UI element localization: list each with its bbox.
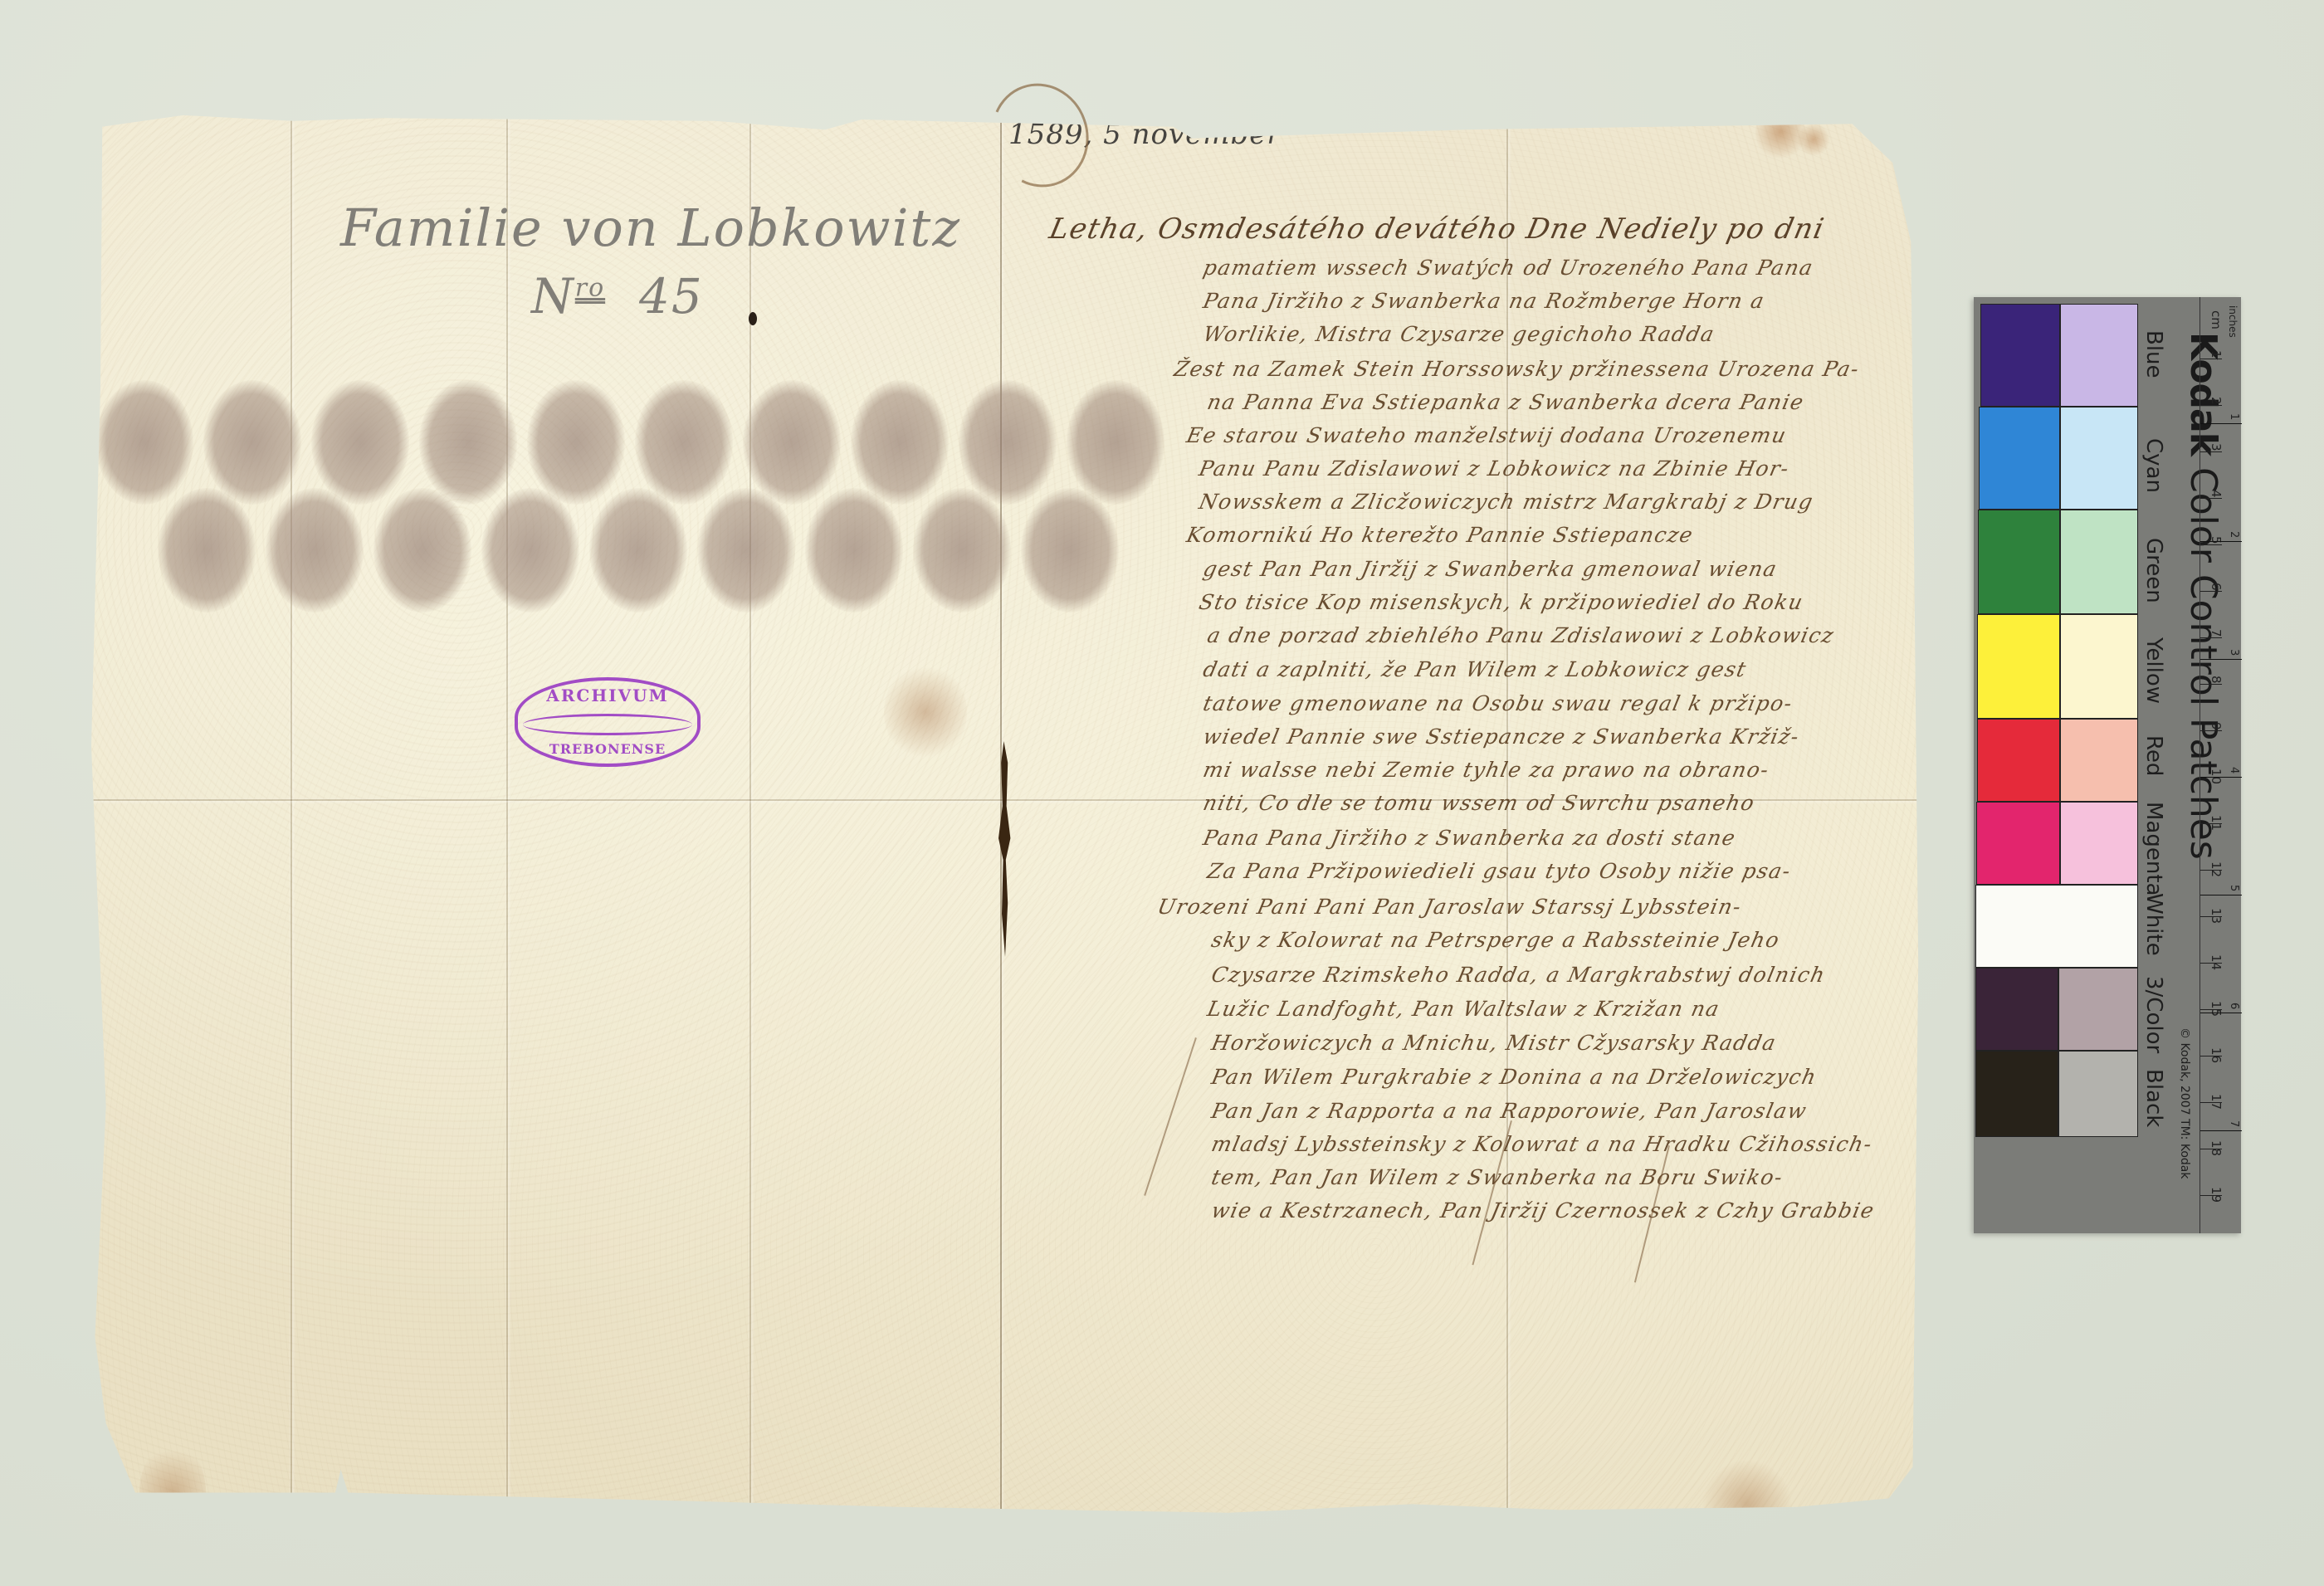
patch-label-blue: Blue [2141, 330, 2166, 378]
patch-label-3color: 3/Color [2141, 976, 2166, 1053]
manuscript-line: Pan Jan z Rapporta a na Rapporowie, Pan … [1209, 1099, 1809, 1123]
patch-3color-dark [1975, 968, 2058, 1051]
manuscript-line: na Panna Eva Sstiepanka z Swanberka dcer… [1205, 390, 1807, 414]
ruler-inch-tick [2200, 423, 2242, 424]
seal-offset-mark [158, 488, 256, 612]
ruler-cm-label: 4 [2209, 490, 2224, 498]
manuscript-line: Letha, Osmdesátého devátého Dne Nediely … [1047, 212, 1828, 246]
seal-offset-mark [697, 488, 795, 612]
ruler-cm-label: 1 [2209, 350, 2224, 359]
patch-label-magenta: Magenta [2141, 802, 2166, 895]
ruler-cm-label: 16 [2209, 1047, 2224, 1063]
fold-line [506, 98, 508, 1539]
manuscript-line: Urozeni Pani Pani Pan Jaroslaw Starssj L… [1155, 895, 1744, 919]
stamp-inner-band [523, 714, 692, 735]
seal-offset-mark [419, 380, 517, 505]
ruler-tick [2200, 684, 2222, 685]
ruler-inch-tick [2200, 777, 2242, 778]
ruler-tick [2200, 591, 2222, 592]
patch-label-white: White [2141, 893, 2166, 956]
kodak-copyright: © Kodak, 2007 TM: Kodak [2178, 1027, 2191, 1179]
ruler-inch-label: 7 [2228, 1120, 2240, 1127]
manuscript-line: Sto tisice Kop misenskych, k pržipowiedi… [1197, 590, 1806, 614]
patch-white [1975, 885, 2138, 968]
manuscript-line: Pana Jiržiho z Swanberka na Rožmberge Ho… [1201, 289, 1767, 313]
ruler-cm-label: 8 [2209, 676, 2224, 684]
manuscript-line: mi walsse nebi Zemie tyhle za prawo na o… [1201, 758, 1772, 782]
seal-offset-mark [851, 380, 949, 505]
manuscript-line: mladsj Lybssteinsky z Kolowrat a na Hrad… [1209, 1132, 1875, 1156]
ruler-cm-label: 17 [2209, 1094, 2224, 1110]
number-value: 45 [639, 268, 704, 325]
ruler-tick [2200, 359, 2222, 359]
manuscript-line: Lužic Landfoght, Pan Waltslaw z Krzižan … [1205, 997, 1722, 1021]
manuscript-line: Za Pana Pržipowiedieli gsau tyto Osoby n… [1205, 859, 1794, 883]
ruler-inch-label: 6 [2228, 1003, 2240, 1009]
stain [1797, 123, 1830, 156]
patch-label-red: Red [2141, 735, 2166, 776]
seal-offset-row-1 [95, 380, 1174, 505]
manuscript-line: wiedel Pannie swe Sstiepancze z Swanberk… [1201, 725, 1802, 749]
seal-offset-mark [95, 380, 193, 505]
ruler-cm-label: 6 [2209, 583, 2224, 591]
ruler-cm-label: 19 [2209, 1187, 2224, 1203]
ruler-cm-label: 7 [2209, 629, 2224, 637]
manuscript-line: Nowsskem a Zlicžowiczych mistrz Margkrab… [1197, 490, 1816, 514]
manuscript-line: gest Pan Pan Jiržij z Swanberka gmenowal… [1201, 557, 1780, 581]
seal-offset-mark [635, 380, 733, 505]
stain [884, 662, 967, 762]
ruler-tick [2200, 544, 2222, 545]
measurement-ruler: cm inches 1 2 3 4 5 6 7 8 9 10 11 12 13 … [2199, 297, 2242, 1233]
seal-offset-mark [481, 488, 579, 612]
patch-red-light [2060, 719, 2138, 802]
patch-yellow-dark [1977, 614, 2060, 719]
patch-cyan-light [2060, 407, 2138, 510]
ruler-inch-tick [2200, 659, 2242, 660]
ruler-tick [2200, 451, 2222, 452]
ruler-tick [2200, 730, 2222, 731]
seal-offset-mark [373, 488, 471, 612]
stamp-bottom-text: TREBONENSE [518, 741, 697, 757]
ruler-inch-tick [2200, 895, 2242, 895]
number-prefix: N [531, 268, 575, 325]
ruler-cm-label: 13 [2209, 908, 2224, 924]
archive-stamp: ARCHIVUM TREBONENSE [515, 677, 701, 767]
ruler-unit-inches: inches [2227, 305, 2239, 338]
patch-magenta-light [2060, 802, 2138, 885]
ruler-cm-label: 5 [2209, 536, 2224, 544]
seal-offset-mark [589, 488, 687, 612]
patch-cyan-dark [1979, 407, 2060, 510]
seal-offset-mark [311, 380, 409, 505]
patch-red-dark [1977, 719, 2060, 802]
seal-offset-mark [805, 488, 903, 612]
manuscript-line: Ee starou Swateho manželstwij dodana Uro… [1184, 423, 1789, 447]
patch-blue-light [2060, 304, 2138, 407]
seal-offset-mark [203, 380, 301, 505]
seal-offset-mark [266, 488, 364, 612]
ruler-inch-label: 3 [2228, 649, 2240, 656]
ink-dot [749, 312, 757, 325]
manuscript-line: wie a Kestrzanech, Pan Jiržij Czernossek… [1209, 1198, 1877, 1222]
manuscript-line: Pana Pana Jiržiho z Swanberka za dosti s… [1201, 826, 1738, 850]
manuscript-line: niti, Co dle se tomu wssem od Swrchu psa… [1201, 791, 1757, 815]
ruler-cm-label: 12 [2209, 861, 2224, 877]
ruler-cm-label: 14 [2209, 954, 2224, 970]
manuscript-line: Pan Wilem Purgkrabie z Donina a na Držel… [1209, 1065, 1819, 1089]
fold-line [290, 98, 292, 1539]
ruler-cm-label: 11 [2209, 815, 2224, 831]
patch-label-black: Black [2141, 1069, 2166, 1127]
seal-offset-mark [1067, 380, 1164, 505]
manuscript-line: dati a zaplniti, že Pan Wilem z Lobkowic… [1201, 657, 1749, 681]
manuscript-line: Czysarze Rzimskeho Radda, a Margkrabstwj… [1209, 963, 1828, 987]
ruler-unit-cm: cm [2209, 310, 2224, 329]
stamp-top-text: ARCHIVUM [518, 686, 697, 705]
ruler-inch-tick [2200, 541, 2242, 542]
manuscript-sheet: Familie von Lobkowitz Nro 45 1589, 5 nov… [91, 98, 1926, 1539]
manuscript-line: Worlikie, Mistra Czysarze gegichoho Radd… [1201, 322, 1717, 346]
seal-offset-mark [1021, 488, 1119, 612]
ruler-inch-tick [2200, 1013, 2242, 1013]
patch-black-light [2058, 1051, 2138, 1137]
patch-label-green: Green [2141, 538, 2166, 603]
manuscript-line: tatowe gmenowane na Osobu swau regal k p… [1201, 691, 1795, 715]
manuscript-line: Žest na Zamek Stein Horssowsky pržinesse… [1172, 357, 1862, 381]
patch-black-dark [1975, 1051, 2058, 1137]
ruler-inch-tick [2200, 1130, 2242, 1131]
patch-label-yellow: Yellow [2141, 637, 2166, 704]
seal-offset-row-2 [158, 488, 1129, 612]
ruler-cm-label: 15 [2209, 1001, 2224, 1017]
patch-magenta-dark [1976, 802, 2060, 885]
number-suffix: ro [575, 274, 605, 303]
ruler-inch-label: 2 [2228, 531, 2240, 538]
manuscript-line: Komornikú Ho kterežto Pannie Sstiepancze [1184, 523, 1696, 547]
ruler-cm-label: 2 [2209, 397, 2224, 405]
seal-offset-mark [743, 380, 841, 505]
manuscript-line: sky z Kolowrat na Petrsperge a Rabsstein… [1209, 928, 1782, 952]
ruler-cm-label: 9 [2209, 722, 2224, 730]
ruler-tick [2200, 405, 2222, 406]
patch-green-dark [1978, 510, 2060, 614]
manuscript-line: pamatiem wssech Swatých od Urozeného Pan… [1201, 256, 1816, 280]
ruler-inch-label: 4 [2228, 767, 2240, 773]
ruler-cm-label: 3 [2209, 443, 2224, 451]
patch-yellow-light [2060, 614, 2138, 719]
fold-line [1506, 98, 1508, 1539]
patch-3color-light [2058, 968, 2138, 1051]
manuscript-line: a dne porzad zbiehlého Panu Zdislawowi z… [1205, 623, 1837, 647]
manuscript-line: Horžowiczych a Mnichu, Mistr Cžysarsky R… [1209, 1031, 1779, 1055]
patch-label-cyan: Cyan [2141, 438, 2166, 493]
ruler-inch-label: 5 [2228, 885, 2240, 891]
archive-number-annotation: Nro 45 [531, 268, 704, 325]
ruler-tick [2200, 498, 2222, 499]
ruler-cm-label: 18 [2209, 1140, 2224, 1156]
manuscript-line: Panu Panu Zdislawowi z Lobkowicz na Zbin… [1197, 456, 1792, 481]
seal-offset-mark [913, 488, 1011, 612]
seal-offset-mark [527, 380, 625, 505]
patch-blue-dark [1980, 304, 2060, 407]
patch-green-light [2060, 510, 2138, 614]
seal-offset-mark [959, 380, 1057, 505]
ruler-tick [2200, 637, 2222, 638]
family-title-annotation: Familie von Lobkowitz [340, 198, 961, 258]
ruler-inch-label: 1 [2228, 413, 2240, 420]
